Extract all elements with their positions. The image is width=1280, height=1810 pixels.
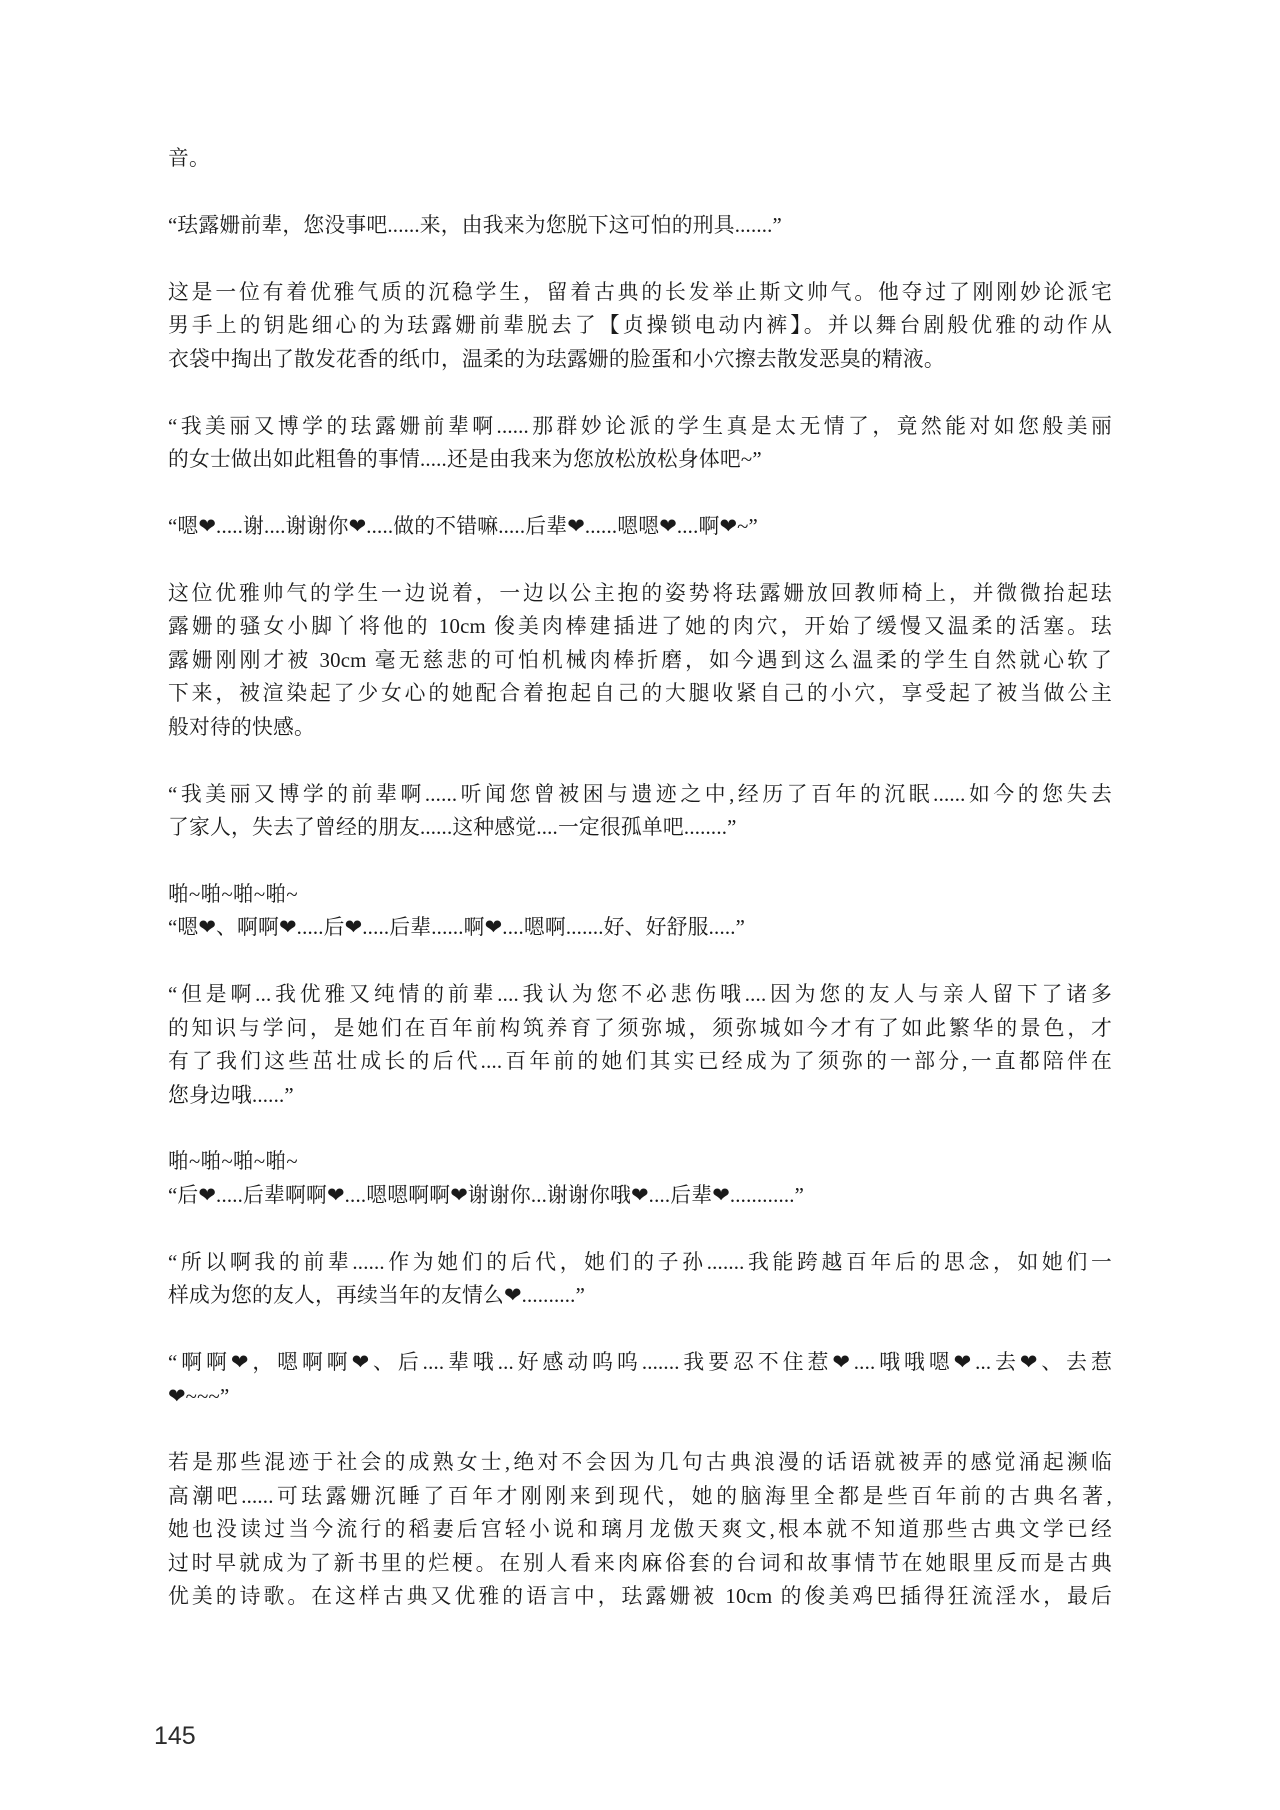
paragraph: 若是那些混迹于社会的成熟女士,绝对不会因为几句古典浪漫的话语就被弄的感觉涌起濒临… xyxy=(168,1446,1112,1613)
text-line: “后❤.....后辈啊啊❤....嗯嗯啊啊❤谢谢你...谢谢你哦❤....后辈❤… xyxy=(168,1179,1112,1212)
paragraph: 这是一位有着优雅气质的沉稳学生，留着古典的长发举止斯文帅气。他夺过了刚刚妙论派宅… xyxy=(168,276,1112,376)
paragraph: 音。 xyxy=(168,142,1112,175)
text-line: “我美丽又博学的前辈啊......听闻您曾被困与遗迹之中,经历了百年的沉眠...… xyxy=(168,778,1112,811)
text-line: 下来，被渲染起了少女心的她配合着抱起自己的大腿收紧自己的小穴，享受起了被当做公主 xyxy=(168,677,1112,710)
text-line: 高潮吧......可珐露姗沉睡了百年才刚刚来到现代，她的脑海里全都是些百年前的古… xyxy=(168,1480,1112,1513)
text-line: 您身边哦......” xyxy=(168,1079,1112,1112)
text-line: 的女士做出如此粗鲁的事情.....还是由我来为您放松放松身体吧~” xyxy=(168,443,1112,476)
paragraph: “后❤.....后辈啊啊❤....嗯嗯啊啊❤谢谢你...谢谢你哦❤....后辈❤… xyxy=(168,1179,1112,1212)
page-number: 145 xyxy=(154,1722,196,1751)
text-line: 优美的诗歌。在这样古典又优雅的语言中，珐露姗被 10cm 的俊美鸡巴插得狂流淫水… xyxy=(168,1580,1112,1613)
paragraph: “但是啊...我优雅又纯情的前辈....我认为您不必悲伤哦....因为您的友人与… xyxy=(168,978,1112,1112)
paragraph: “嗯❤、啊啊❤.....后❤.....后辈......啊❤....嗯啊.....… xyxy=(168,911,1112,944)
paragraph: “所以啊我的前辈......作为她们的后代，她们的子孙.......我能跨越百年… xyxy=(168,1246,1112,1313)
text-line: 这是一位有着优雅气质的沉稳学生，留着古典的长发举止斯文帅气。他夺过了刚刚妙论派宅 xyxy=(168,276,1112,309)
text-line: 了家人，失去了曾经的朋友......这种感觉....一定很孤单吧........… xyxy=(168,811,1112,844)
text-line: 衣袋中掏出了散发花香的纸巾，温柔的为珐露姗的脸蛋和小穴擦去散发恶臭的精液。 xyxy=(168,343,1112,376)
text-line: 的知识与学问，是她们在百年前构筑养育了须弥城，须弥城如今才有了如此繁华的景色，才 xyxy=(168,1012,1112,1045)
paragraph: 啪~啪~啪~啪~ xyxy=(168,878,1112,911)
text-line: “我美丽又博学的珐露姗前辈啊......那群妙论派的学生真是太无情了，竟然能对如… xyxy=(168,410,1112,443)
text-line: 露姗的骚女小脚丫将他的 10cm 俊美肉棒建插进了她的肉穴，开始了缓慢又温柔的活… xyxy=(168,610,1112,643)
document-page: 音。“珐露姗前辈，您没事吧......来，由我来为您脱下这可怕的刑具......… xyxy=(0,0,1280,1810)
text-line: 音。 xyxy=(168,142,1112,175)
text-line: “所以啊我的前辈......作为她们的后代，她们的子孙.......我能跨越百年… xyxy=(168,1246,1112,1279)
text-line: “嗯❤.....谢....谢谢你❤.....做的不错嘛.....后辈❤.....… xyxy=(168,510,1112,543)
text-line: 啪~啪~啪~啪~ xyxy=(168,878,1112,911)
text-line: “啊啊❤，嗯啊啊❤、后....辈哦...好感动呜呜.......我要忍不住惹❤.… xyxy=(168,1346,1112,1379)
text-line: “嗯❤、啊啊❤.....后❤.....后辈......啊❤....嗯啊.....… xyxy=(168,911,1112,944)
text-line: 般对待的快感。 xyxy=(168,711,1112,744)
text-line: ❤~~~” xyxy=(168,1380,1112,1413)
paragraph: 这位优雅帅气的学生一边说着，一边以公主抱的姿势将珐露姗放回教师椅上，并微微抬起珐… xyxy=(168,577,1112,744)
paragraph: “啊啊❤，嗯啊啊❤、后....辈哦...好感动呜呜.......我要忍不住惹❤.… xyxy=(168,1346,1112,1413)
text-line: 这位优雅帅气的学生一边说着，一边以公主抱的姿势将珐露姗放回教师椅上，并微微抬起珐 xyxy=(168,577,1112,610)
document-content: 音。“珐露姗前辈，您没事吧......来，由我来为您脱下这可怕的刑具......… xyxy=(168,142,1112,1614)
text-line: 有了我们这些茁壮成长的后代....百年前的她们其实已经成为了须弥的一部分,一直都… xyxy=(168,1045,1112,1078)
text-line: 露姗刚刚才被 30cm 毫无慈悲的可怕机械肉棒折磨，如今遇到这么温柔的学生自然就… xyxy=(168,644,1112,677)
text-line: 过时早就成为了新书里的烂梗。在别人看来肉麻俗套的台词和故事情节在她眼里反而是古典 xyxy=(168,1547,1112,1580)
paragraph: “我美丽又博学的珐露姗前辈啊......那群妙论派的学生真是太无情了，竟然能对如… xyxy=(168,410,1112,477)
paragraph: 啪~啪~啪~啪~ xyxy=(168,1145,1112,1178)
text-line: 样成为您的友人，再续当年的友情么❤..........” xyxy=(168,1279,1112,1312)
paragraph: “珐露姗前辈，您没事吧......来，由我来为您脱下这可怕的刑具.......” xyxy=(168,209,1112,242)
text-line: 啪~啪~啪~啪~ xyxy=(168,1145,1112,1178)
paragraph: “嗯❤.....谢....谢谢你❤.....做的不错嘛.....后辈❤.....… xyxy=(168,510,1112,543)
text-line: 她也没读过当今流行的稻妻后宫轻小说和璃月龙傲天爽文,根本就不知道那些古典文学已经 xyxy=(168,1513,1112,1546)
text-line: “珐露姗前辈，您没事吧......来，由我来为您脱下这可怕的刑具.......” xyxy=(168,209,1112,242)
text-line: “但是啊...我优雅又纯情的前辈....我认为您不必悲伤哦....因为您的友人与… xyxy=(168,978,1112,1011)
text-line: 男手上的钥匙细心的为珐露姗前辈脱去了【贞操锁电动内裤】。并以舞台剧般优雅的动作从 xyxy=(168,309,1112,342)
paragraph: “我美丽又博学的前辈啊......听闻您曾被困与遗迹之中,经历了百年的沉眠...… xyxy=(168,778,1112,845)
text-line: 若是那些混迹于社会的成熟女士,绝对不会因为几句古典浪漫的话语就被弄的感觉涌起濒临 xyxy=(168,1446,1112,1479)
